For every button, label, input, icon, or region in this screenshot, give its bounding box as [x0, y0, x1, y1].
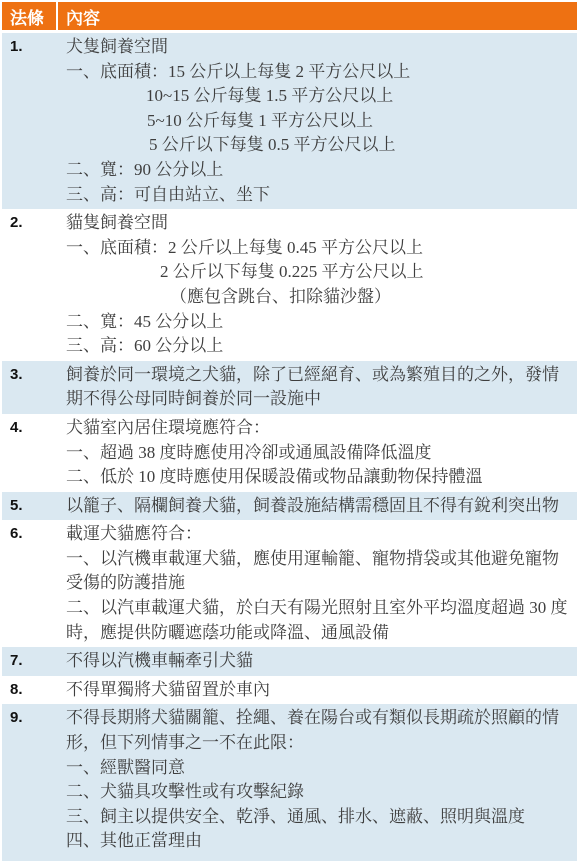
- header-cell-law: 法條: [2, 4, 56, 29]
- content-line: 一、超過 38 度時應使用冷卻或通風設備降低溫度: [66, 441, 571, 466]
- law-number: 5.: [2, 494, 66, 519]
- content-line: 一、以汽機車載運犬貓，應使用運輸籠、寵物揹袋或其他避免寵物: [66, 547, 571, 572]
- header-cell-content: 內容: [58, 4, 577, 29]
- content-cell: 犬隻飼養空間一、底面積：15 公斤以上每隻 2 平方公尺以上10~15 公斤每隻…: [66, 35, 577, 207]
- law-number: 8.: [2, 678, 66, 703]
- law-number: 4.: [2, 416, 66, 490]
- content-line: 飼養於同一環境之犬貓，除了已經絕育、或為繁殖目的之外，發情: [66, 363, 571, 388]
- content-line: 一、底面積：15 公斤以上每隻 2 平方公尺以上: [66, 60, 571, 85]
- table-row: 4. 犬貓室內居住環境應符合：一、超過 38 度時應使用冷卻或通風設備降低溫度二…: [2, 414, 577, 492]
- law-number: 1.: [2, 35, 66, 207]
- content-cell: 不得以汽機車輛牽引犬貓: [66, 649, 577, 674]
- content-line: 犬貓室內居住環境應符合：: [66, 416, 571, 441]
- content-line: 不得以汽機車輛牽引犬貓: [66, 649, 571, 674]
- regulation-table: 法條 內容 1. 犬隻飼養空間一、底面積：15 公斤以上每隻 2 平方公尺以上1…: [2, 2, 577, 861]
- law-number: 7.: [2, 649, 66, 674]
- table-row: 3. 飼養於同一環境之犬貓，除了已經絕育、或為繁殖目的之外，發情期不得公母同時飼…: [2, 361, 577, 414]
- law-number: 6.: [2, 522, 66, 645]
- content-cell: 飼養於同一環境之犬貓，除了已經絕育、或為繁殖目的之外，發情期不得公母同時飼養於同…: [66, 363, 577, 412]
- content-line: （應包含跳台、扣除貓沙盤）: [66, 285, 571, 310]
- content-line: 期不得公母同時飼養於同一設施中: [66, 387, 571, 412]
- table-header-row: 法條 內容: [2, 2, 577, 30]
- content-line: 二、寬：45 公分以上: [66, 310, 571, 335]
- content-cell: 貓隻飼養空間一、底面積：2 公斤以上每隻 0.45 平方公尺以上2 公斤以下每隻…: [66, 211, 577, 359]
- content-line: 形，但下列情事之一不在此限：: [66, 731, 571, 756]
- law-number: 3.: [2, 363, 66, 412]
- law-number: 9.: [2, 706, 66, 859]
- content-line: 不得單獨將犬貓留置於車內: [66, 678, 571, 703]
- content-line: 貓隻飼養空間: [66, 211, 571, 236]
- content-cell: 不得單獨將犬貓留置於車內: [66, 678, 577, 703]
- content-line: 10~15 公斤每隻 1.5 平方公尺以上: [66, 84, 571, 109]
- table-row: 7. 不得以汽機車輛牽引犬貓: [2, 647, 577, 676]
- content-line: 一、底面積：2 公斤以上每隻 0.45 平方公尺以上: [66, 236, 571, 261]
- content-line: 以籠子、隔欄飼養犬貓，飼養設施結構需穩固且不得有銳利突出物: [66, 494, 571, 519]
- content-line: 三、高：可自由站立、坐下: [66, 183, 571, 208]
- content-line: 二、犬貓具攻擊性或有攻擊紀錄: [66, 780, 571, 805]
- content-line: 三、高：60 公分以上: [66, 334, 571, 359]
- content-line: 四、其他正當理由: [66, 829, 571, 854]
- content-line: 犬隻飼養空間: [66, 35, 571, 60]
- content-line: 二、寬：90 公分以上: [66, 158, 571, 183]
- content-cell: 不得長期將犬貓關籠、拴繩、養在陽台或有類似長期疏於照顧的情形，但下列情事之一不在…: [66, 706, 577, 859]
- content-line: 不得長期將犬貓關籠、拴繩、養在陽台或有類似長期疏於照顧的情: [66, 706, 571, 731]
- content-cell: 載運犬貓應符合：一、以汽機車載運犬貓，應使用運輸籠、寵物揹袋或其他避免寵物受傷的…: [66, 522, 577, 645]
- content-line: 二、以汽車載運犬貓，於白天有陽光照射且室外平均溫度超過 30 度: [66, 596, 571, 621]
- law-number: 2.: [2, 211, 66, 359]
- content-cell: 犬貓室內居住環境應符合：一、超過 38 度時應使用冷卻或通風設備降低溫度二、低於…: [66, 416, 577, 490]
- content-line: 5~10 公斤每隻 1 平方公尺以上: [66, 109, 571, 134]
- table-row: 5. 以籠子、隔欄飼養犬貓，飼養設施結構需穩固且不得有銳利突出物: [2, 492, 577, 521]
- content-line: 一、經獸醫同意: [66, 756, 571, 781]
- content-line: 5 公斤以下每隻 0.5 平方公尺以上: [66, 133, 571, 158]
- table-row: 8. 不得單獨將犬貓留置於車內: [2, 676, 577, 705]
- table-row: 2. 貓隻飼養空間一、底面積：2 公斤以上每隻 0.45 平方公尺以上2 公斤以…: [2, 209, 577, 361]
- table-body: 1. 犬隻飼養空間一、底面積：15 公斤以上每隻 2 平方公尺以上10~15 公…: [2, 33, 577, 861]
- content-cell: 以籠子、隔欄飼養犬貓，飼養設施結構需穩固且不得有銳利突出物: [66, 494, 577, 519]
- content-line: 三、飼主以提供安全、乾淨、通風、排水、遮蔽、照明與溫度: [66, 805, 571, 830]
- content-line: 受傷的防護措施: [66, 571, 571, 596]
- content-line: 時，應提供防曬遮蔭功能或降溫、通風設備: [66, 621, 571, 646]
- table-row: 9. 不得長期將犬貓關籠、拴繩、養在陽台或有類似長期疏於照顧的情形，但下列情事之…: [2, 704, 577, 861]
- table-row: 6. 載運犬貓應符合：一、以汽機車載運犬貓，應使用運輸籠、寵物揹袋或其他避免寵物…: [2, 520, 577, 647]
- content-line: 二、低於 10 度時應使用保暖設備或物品讓動物保持體溫: [66, 465, 571, 490]
- content-line: 2 公斤以下每隻 0.225 平方公尺以上: [66, 260, 571, 285]
- table-row: 1. 犬隻飼養空間一、底面積：15 公斤以上每隻 2 平方公尺以上10~15 公…: [2, 33, 577, 209]
- content-line: 載運犬貓應符合：: [66, 522, 571, 547]
